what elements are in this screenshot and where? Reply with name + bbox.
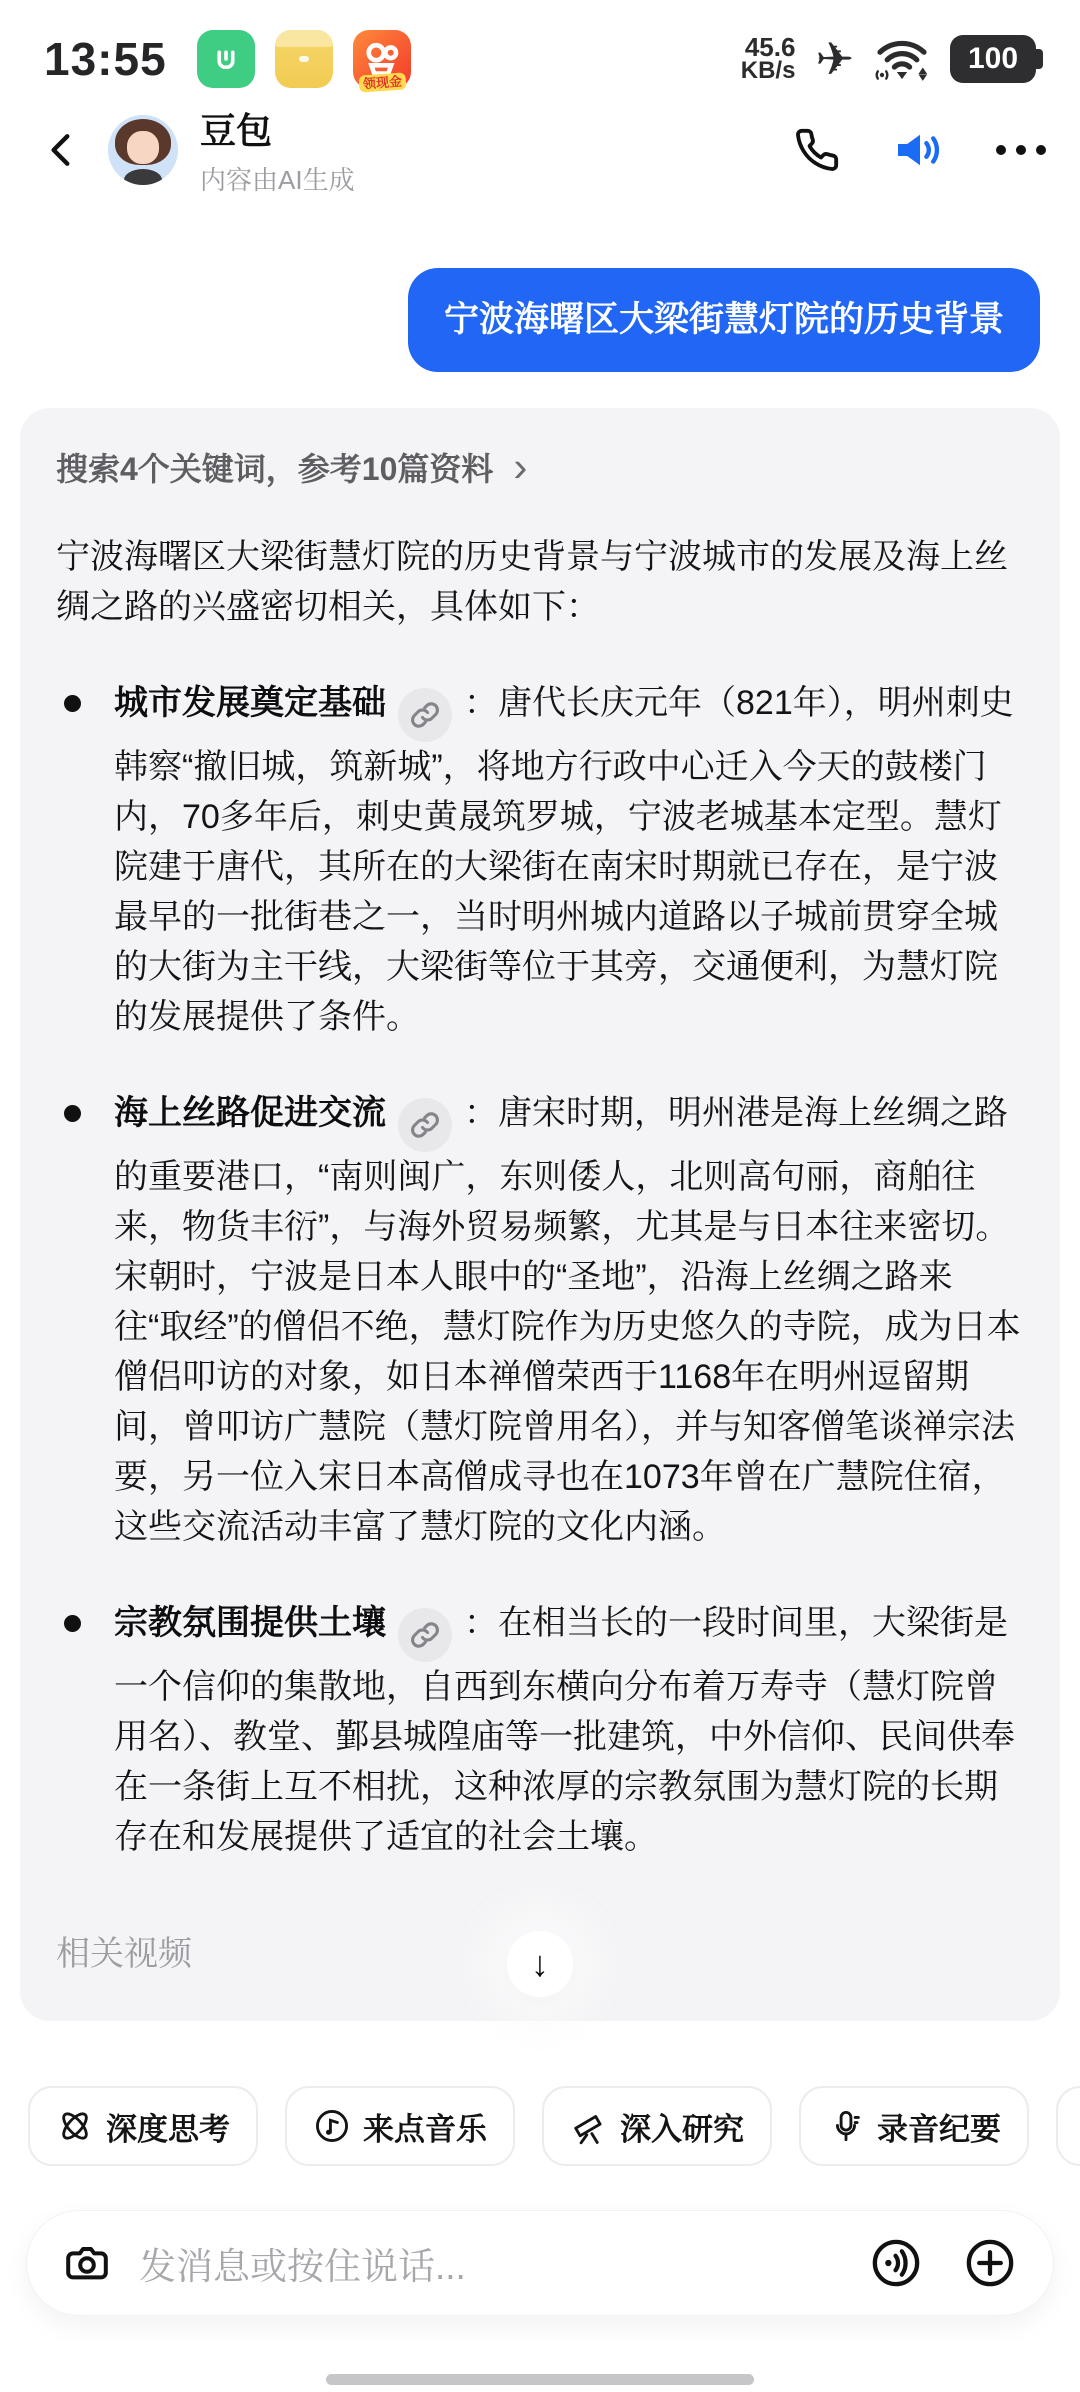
user-message-row: 宁波海曙区大梁街慧灯院的历史背景 [0, 212, 1080, 372]
bullet-religious-atmosphere: 宗教氛围提供土壤：在相当长的一段时间里，大梁街是一个信仰的集散地，自西到东横向分… [56, 1598, 1024, 1862]
answer-intro: 宁波海曙区大梁街慧灯院的历史背景与宁波城市的发展及海上丝绸之路的兴盛密切相关，具… [56, 532, 1024, 632]
avatar[interactable] [108, 115, 178, 185]
message-input-bar[interactable]: 发消息或按住说话... [26, 2210, 1054, 2316]
chip-play-music[interactable]: 来点音乐 [285, 2086, 515, 2166]
wifi-icon [874, 35, 930, 83]
battery-icon: 100 [950, 35, 1036, 83]
avatar-face [127, 131, 159, 164]
scroll-to-bottom-button[interactable]: ↓ [507, 1931, 573, 1997]
bullet-body: ：唐宋时期，明州港是海上丝绸之路的重要港口，“南则闽广，东则倭人，北则高句丽，商… [114, 1094, 1021, 1546]
home-indicator [326, 2374, 754, 2385]
music-note-icon [313, 2107, 351, 2145]
bullet-body: ：唐代长庆元年（821年），明州刺史韩察“撤旧城，筑新城”，将地方行政中心迁入今… [114, 684, 1014, 1036]
ai-response-card: 搜索4个关键词，参考10篇资料 › 宁波海曙区大梁街慧灯院的历史背景与宁波城市的… [20, 408, 1060, 2021]
bullet-city-development: 城市发展奠定基础：唐代长庆元年（821年），明州刺史韩察“撤旧城，筑新城”，将地… [56, 678, 1024, 1042]
speaker-icon[interactable] [892, 126, 944, 174]
microphone-icon [827, 2107, 865, 2145]
bullet-title: 城市发展奠定基础 [114, 684, 386, 722]
bullet-title: 海上丝路促进交流 [114, 1094, 386, 1132]
chip-voice-memo[interactable]: 录音纪要 [799, 2086, 1029, 2166]
skill-chip-toolbar[interactable]: 深度思考 来点音乐 深入研究 录音纪要 拍 [0, 2086, 1080, 2170]
chip-photo-scan[interactable]: 拍 [1056, 2086, 1080, 2166]
search-references-row[interactable]: 搜索4个关键词，参考10篇资料 › [56, 444, 1024, 490]
chip-deep-research[interactable]: 深入研究 [542, 2086, 772, 2166]
input-actions [869, 2236, 1017, 2290]
camera-icon[interactable] [63, 2239, 111, 2287]
chevron-right-icon: › [513, 446, 527, 488]
chip-deep-thinking[interactable]: 深度思考 [28, 2086, 258, 2166]
plus-icon[interactable] [963, 2236, 1017, 2290]
status-right: 45.6 KB/s ✈ 100 [741, 35, 1036, 83]
chat-scroll-area[interactable]: 宁波海曙区大梁街慧灯院的历史背景 搜索4个关键词，参考10篇资料 › 宁波海曙区… [0, 212, 1080, 2084]
header-texts: 豆包 内容由AI生成 [200, 103, 355, 197]
header-actions [794, 126, 1046, 174]
bullet-title: 宗教氛围提供土壤 [114, 1604, 386, 1642]
more-icon[interactable] [996, 145, 1046, 155]
notes-app-icon [275, 30, 333, 88]
source-link-icon[interactable] [398, 1098, 452, 1152]
phone-call-icon[interactable] [794, 127, 840, 173]
doubao-chat-screen: 13:55 领现金 45.6 KB/s ✈ [0, 0, 1080, 2392]
kuaishou-badge: 领现金 [358, 72, 406, 92]
bullet-dot [64, 695, 81, 712]
voice-wave-icon[interactable] [869, 2236, 923, 2290]
arrow-down-icon: ↓ [531, 1943, 549, 1985]
bullet-dot [64, 1105, 81, 1122]
search-summary: 搜索4个关键词，参考10篇资料 [56, 444, 493, 490]
status-bar: 13:55 领现金 45.6 KB/s ✈ [0, 16, 1080, 102]
airplane-mode-icon: ✈ [815, 36, 854, 82]
bullet-dot [64, 1615, 81, 1632]
atom-icon [56, 2107, 94, 2145]
message-input[interactable]: 发消息或按住说话... [139, 2236, 869, 2290]
telescope-icon [570, 2107, 608, 2145]
mi-home-app-icon [197, 30, 255, 88]
clock: 13:55 [44, 32, 167, 86]
kuaishou-app-icon: 领现金 [353, 30, 411, 88]
avatar-torso [124, 169, 162, 185]
ai-generated-note: 内容由AI生成 [200, 160, 355, 197]
user-message-bubble: 宁波海曙区大梁街慧灯院的历史背景 [408, 268, 1040, 372]
bullet-maritime-silk-road: 海上丝路促进交流：唐宋时期，明州港是海上丝绸之路的重要港口，“南则闽广，东则倭人… [56, 1088, 1024, 1552]
back-button[interactable] [34, 122, 90, 178]
chat-header: 豆包 内容由AI生成 [0, 100, 1080, 200]
network-speed: 45.6 KB/s [741, 35, 796, 83]
source-link-icon[interactable] [398, 1608, 452, 1662]
notification-app-icons: 领现金 [197, 30, 411, 88]
source-link-icon[interactable] [398, 688, 452, 742]
bot-name: 豆包 [200, 103, 355, 154]
